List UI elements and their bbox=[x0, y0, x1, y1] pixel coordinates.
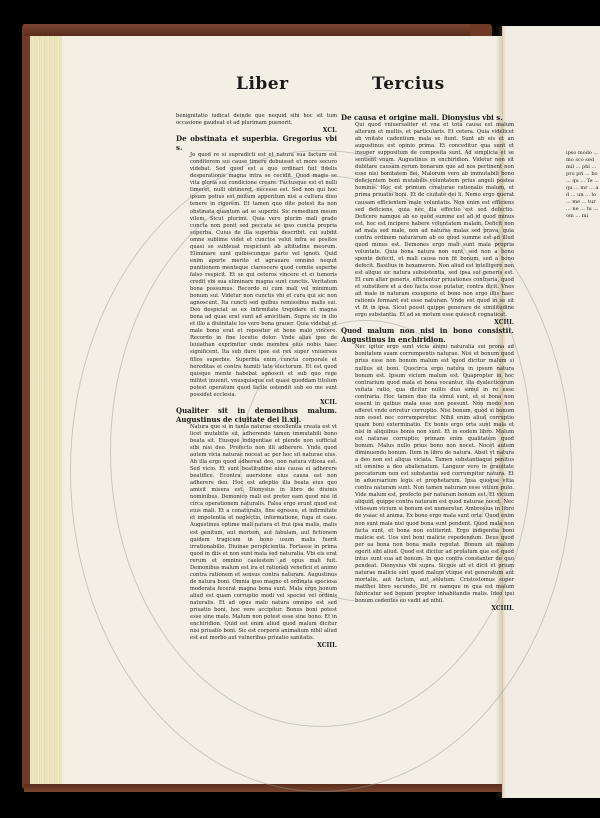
chapter-number: XCIII. bbox=[176, 642, 337, 649]
chapter-number: XCIII. bbox=[341, 319, 514, 326]
running-head-left: Liber bbox=[236, 74, 289, 94]
section-heading: Qualiter sit in demonibus malum. Augusti… bbox=[176, 406, 337, 424]
right-page-partial-text: ipso modo ...mo sco sed mil ... phi ... … bbox=[566, 150, 600, 540]
body-text: Natura que si in tanta naturae excellent… bbox=[176, 424, 337, 642]
body-text: Jo quod re si supradicti est et natura s… bbox=[176, 152, 337, 399]
chapter-number: XCIIII. bbox=[341, 605, 514, 612]
body-text: Nec igitur ergo sunt vicia animi natural… bbox=[341, 344, 514, 605]
chapter-number: XCI. bbox=[176, 127, 337, 134]
body-text: Qui quod vniuersaliter et vna et tota ca… bbox=[341, 122, 514, 319]
cover-top-edge bbox=[24, 24, 470, 36]
section-heading: De causa et origine mali. Dionysius vbi … bbox=[341, 113, 514, 122]
chapter-number: XCII. bbox=[176, 399, 337, 406]
cover-bottom-edge bbox=[24, 784, 502, 792]
right-text-column: De causa et origine mali. Dionysius vbi … bbox=[341, 113, 514, 653]
left-text-column: benignitatio iudicat deinde que nequid s… bbox=[176, 113, 337, 673]
section-heading: De obstinata et superbia. Gregorius vbi … bbox=[176, 134, 337, 152]
running-head-right: Tercius bbox=[372, 74, 445, 94]
opening-text: benignitatio iudicat deinde que nequid s… bbox=[176, 113, 337, 127]
page-stack-edges bbox=[30, 36, 62, 784]
section-heading: Quod malum non nisi in bono consistit. A… bbox=[341, 326, 514, 344]
